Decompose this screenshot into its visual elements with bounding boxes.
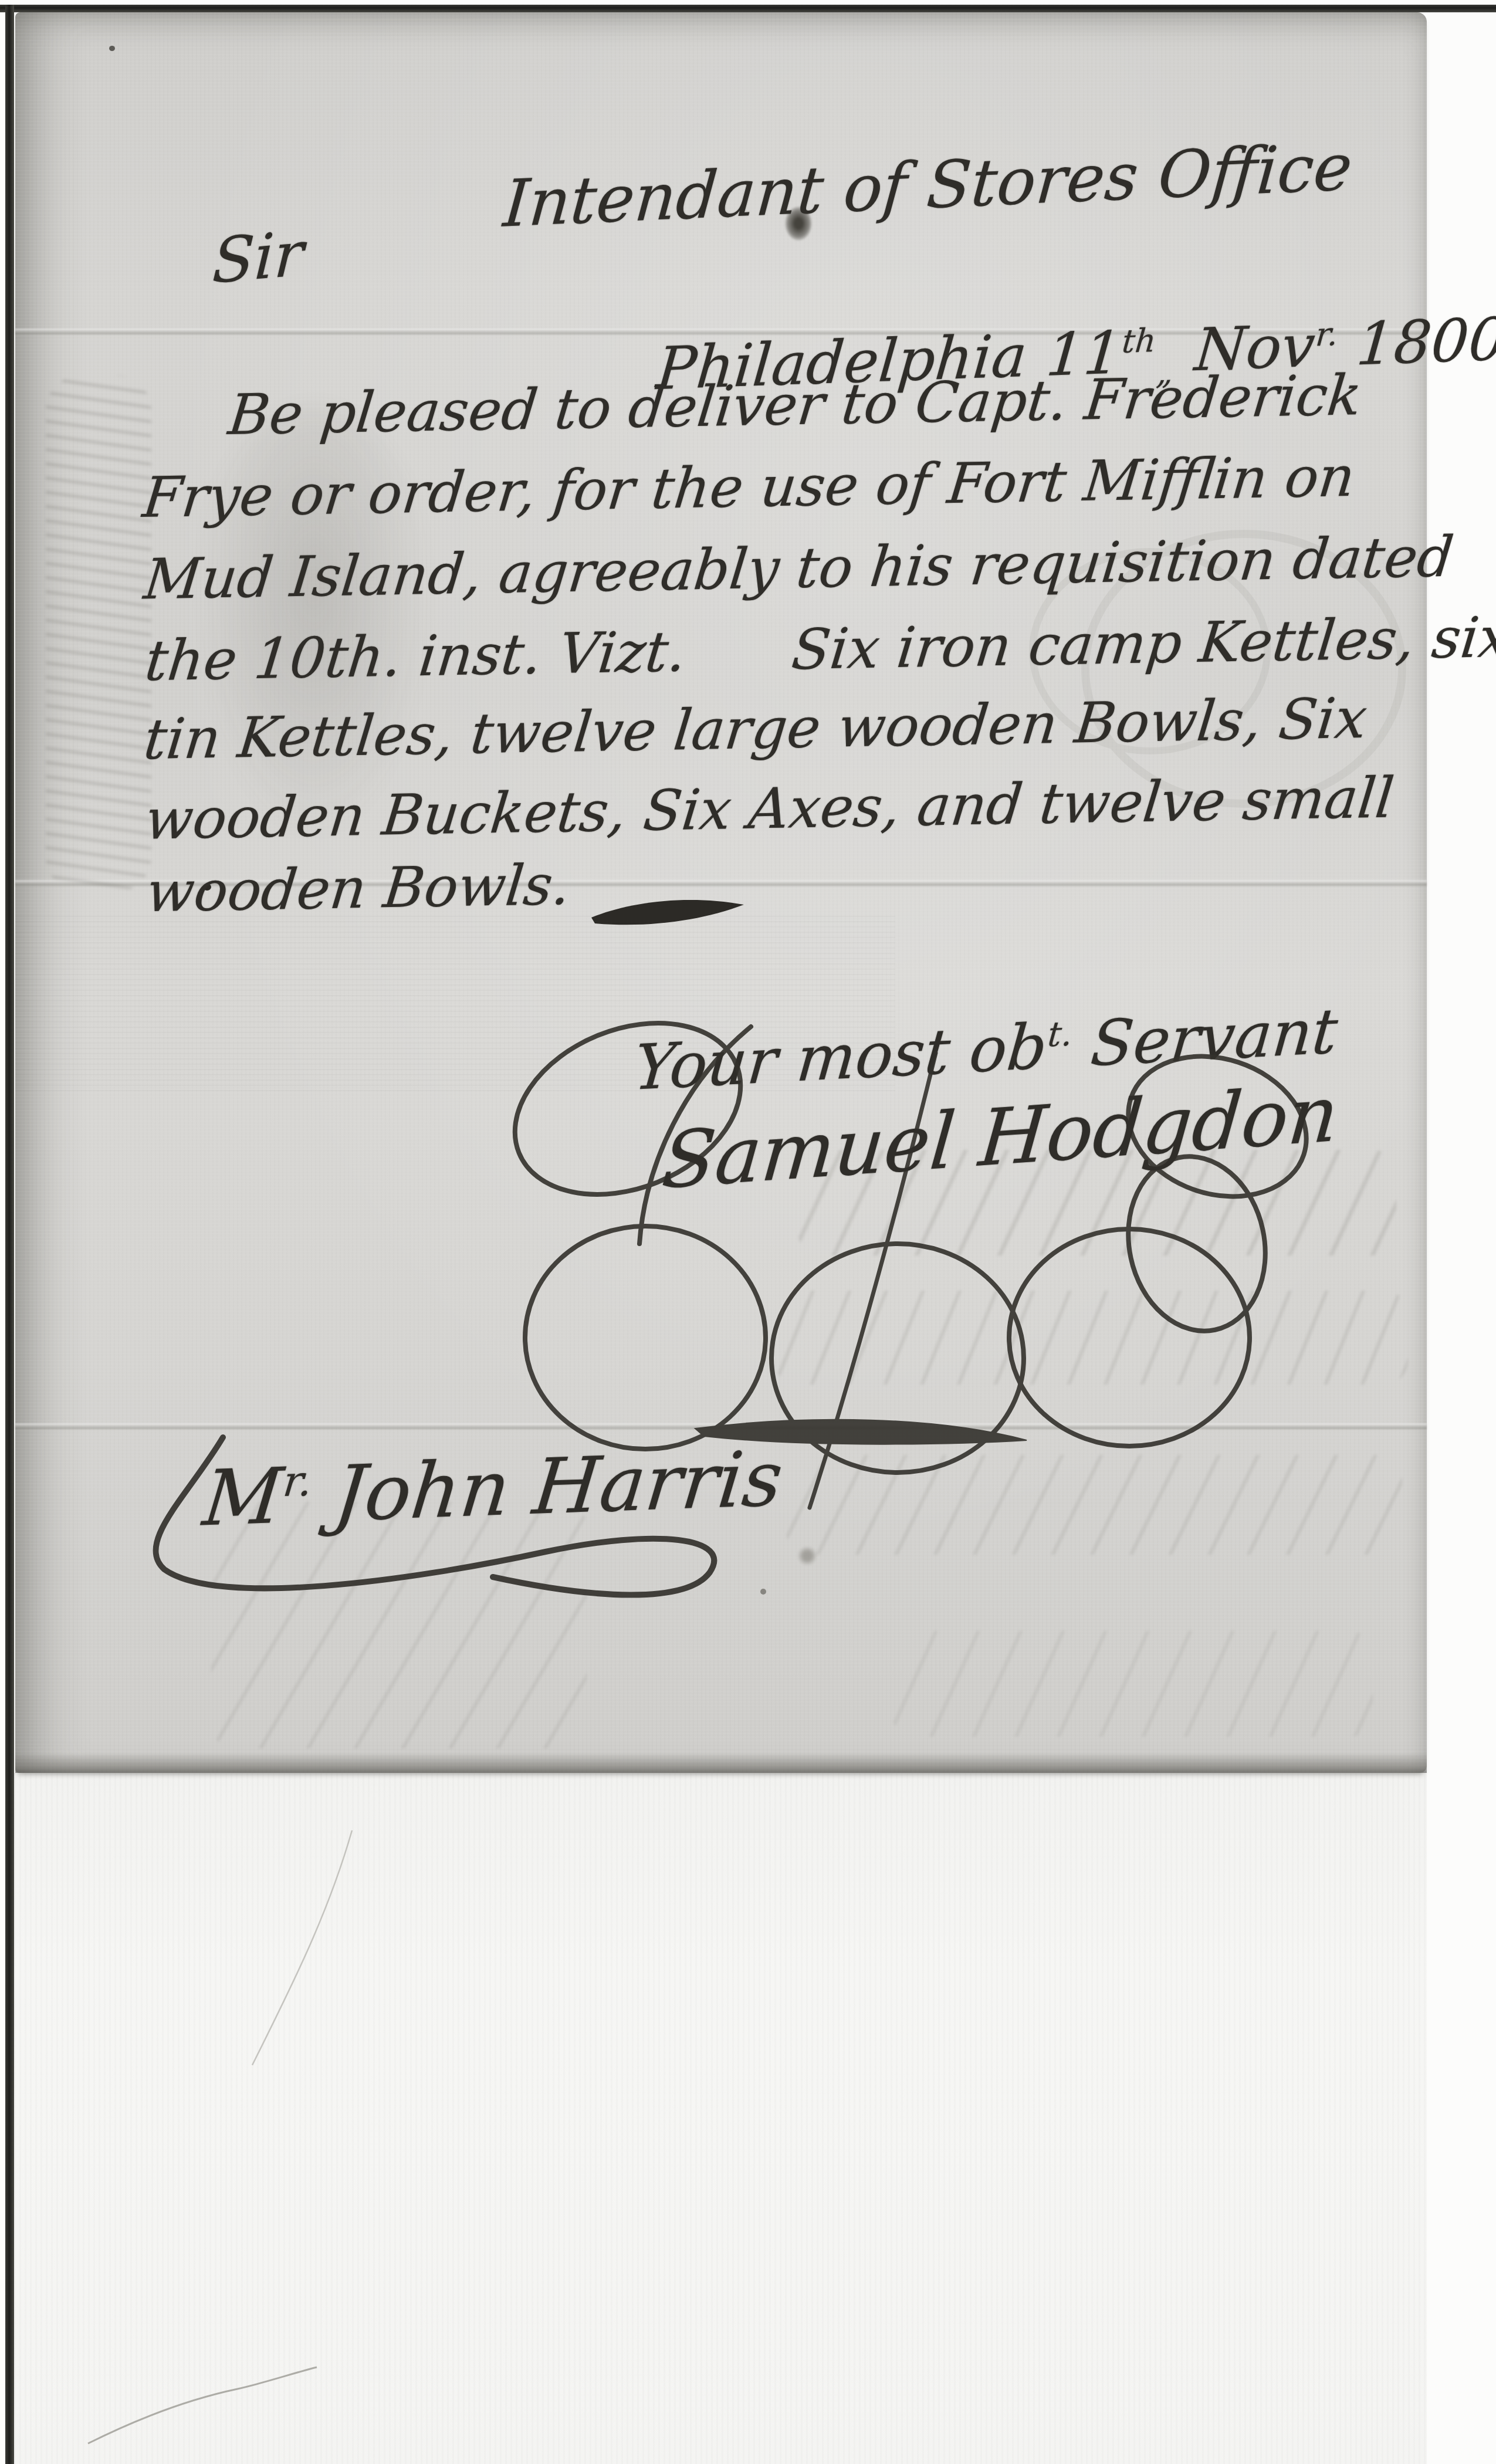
ghost-writing-diagonal [892,1631,1373,1737]
ghost-writing-left-margin [46,375,151,892]
header-year: 1800 [1354,304,1496,378]
scanner-frame-left-line [5,5,14,2464]
paper-bottom-edge [15,1753,1427,1773]
salutation: Sir [211,218,306,298]
scanner-frame-top-line [0,5,1496,12]
addressee-flourish [82,1431,798,1607]
header-date-line: Philadelphia11th„Novr.1800 [573,236,1496,480]
header-month-suffix: r. [1314,315,1339,354]
hair-scratches [0,1789,1496,2464]
em-dash-flourish [587,889,751,942]
scanned-letter-page: Intendant of Stores Office Philadelphia1… [0,0,1496,2464]
paper-speck [109,46,115,51]
header-day-suffix: th [1121,321,1157,360]
body-line: wooden Bowls. [143,853,573,925]
smudge-dot [797,1546,818,1565]
